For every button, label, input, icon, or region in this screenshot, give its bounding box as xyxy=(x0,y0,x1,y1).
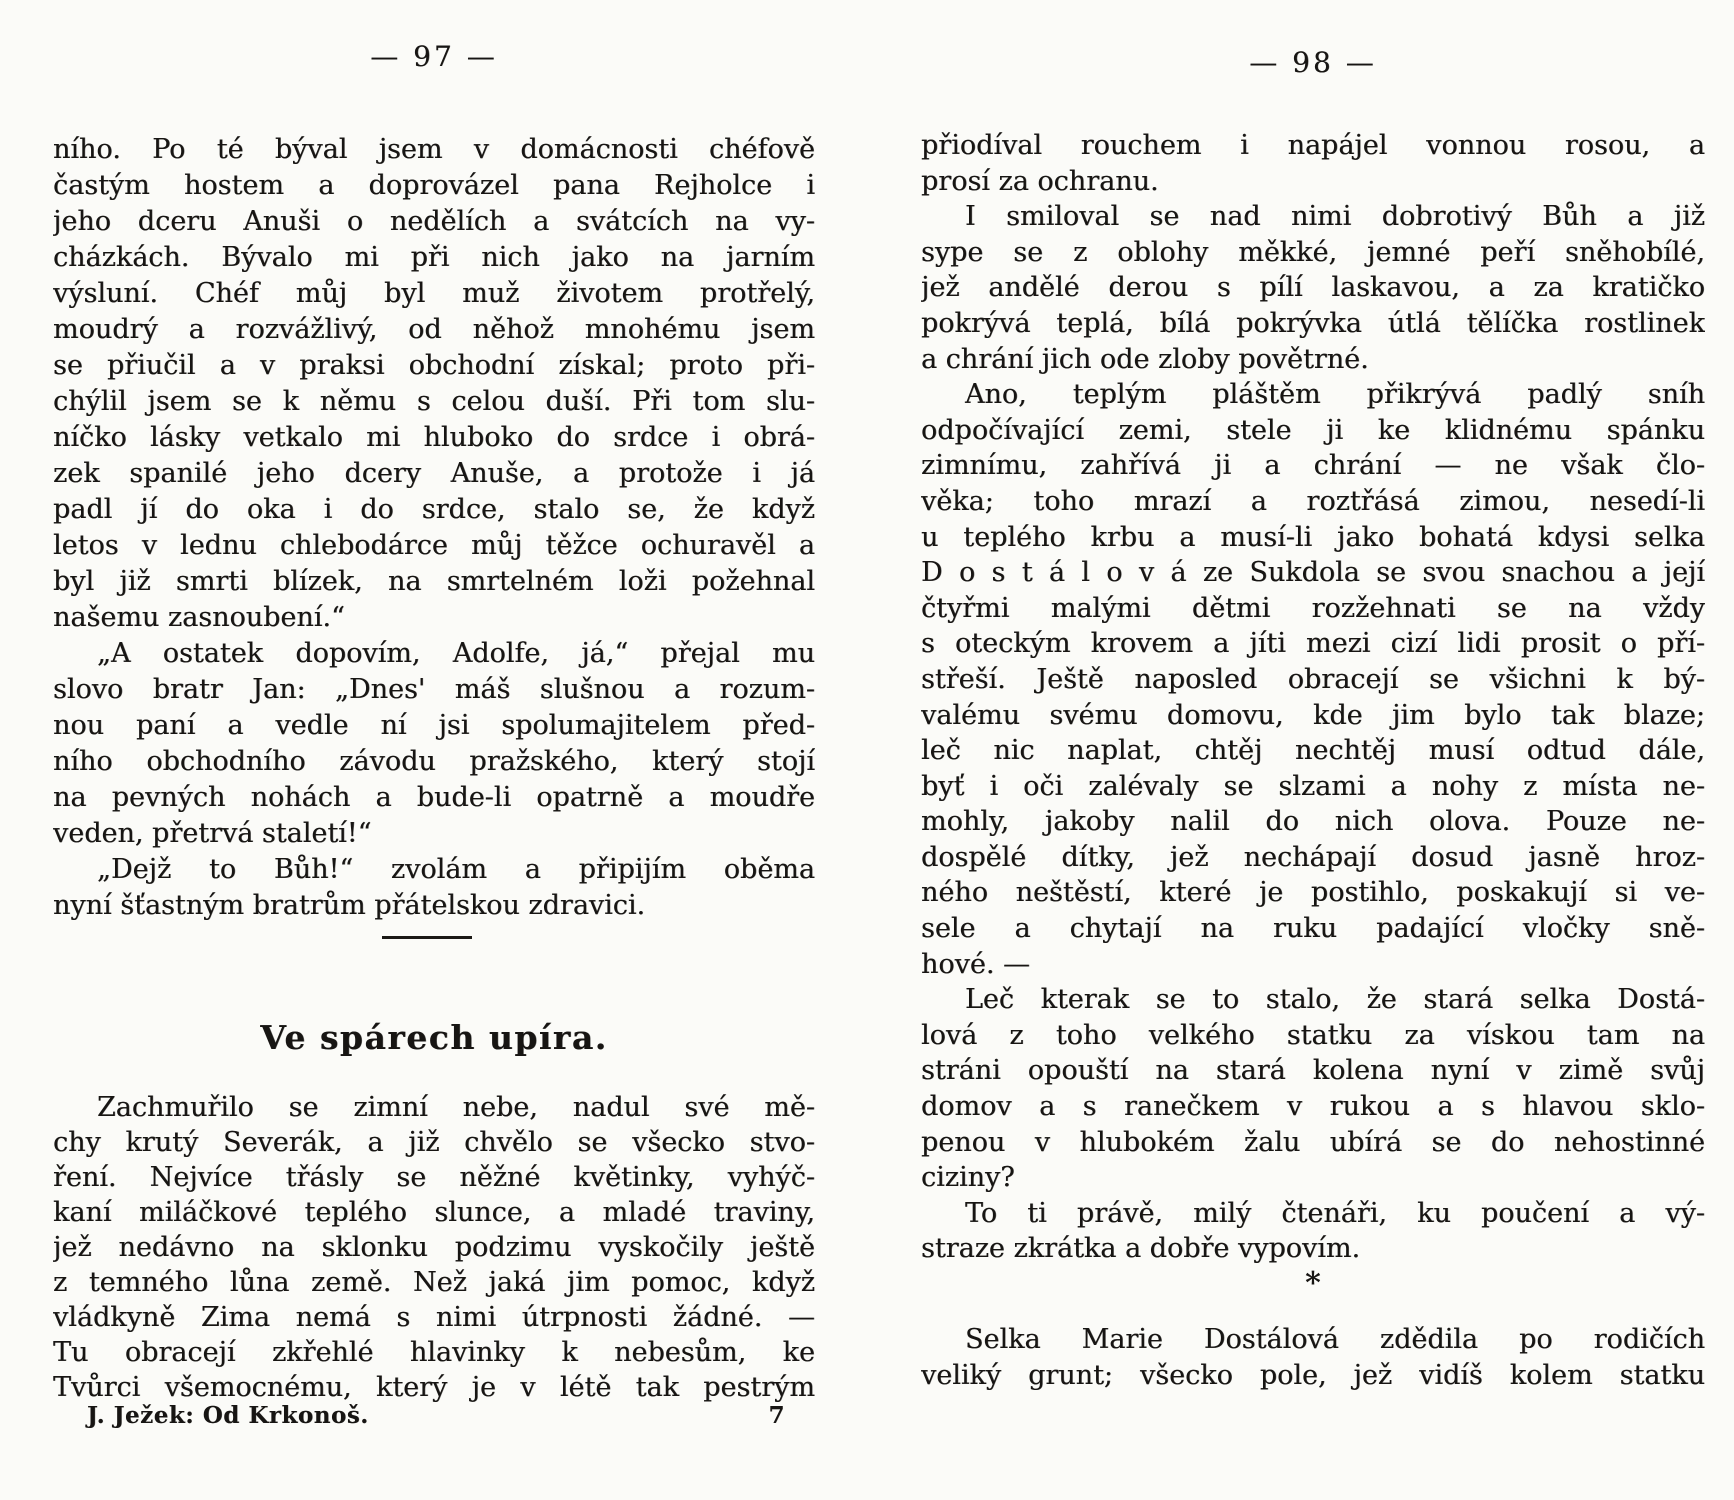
text-line: střeší. Ještě naposled obracejí se všich… xyxy=(921,662,1705,698)
text-line: domov a s ranečkem v rukou a s hlavou sk… xyxy=(921,1089,1705,1125)
text-line: slovo bratr Jan: „Dnes' máš slušnou a ro… xyxy=(53,672,815,708)
text-line: byl již smrti blízek, na smrtelném loži … xyxy=(53,564,815,600)
text-line: valému svému domovu, kde jim bylo tak bl… xyxy=(921,698,1705,734)
asterisk-separator: * xyxy=(921,1266,1705,1301)
text-line: našemu zasnoubení.“ xyxy=(53,600,815,636)
text-line: Tvůrci všemocnému, který je v létě tak p… xyxy=(53,1370,815,1405)
text-line: leč nic naplat, chtěj nechtěj musí odtud… xyxy=(921,733,1705,769)
paragraph: Zachmuřilo se zimní nebe, nadul své mě-c… xyxy=(53,1090,815,1405)
text-line: Selka Marie Dostálová zdědila po rodičíc… xyxy=(921,1322,1705,1358)
right-page: — 98 — přiodíval rouchem i napájel vonno… xyxy=(921,0,1705,1500)
text-line: „Dejž to Bůh!“ zvolám a připijím oběma xyxy=(53,852,815,888)
text-line: Ano, teplým pláštěm přikrývá padlý sníh xyxy=(921,377,1705,413)
section-divider-rule xyxy=(382,936,472,939)
text-line: ního obchodního závodu pražského, který … xyxy=(53,744,815,780)
text-line: prosí za ochranu. xyxy=(921,164,1705,200)
left-page-footer: J. Ježek: Od Krkonoš. 7 xyxy=(53,1402,815,1429)
left-text-block-2: Zachmuřilo se zimní nebe, nadul své mě-c… xyxy=(53,1090,815,1405)
text-line: mohly, jakoby nalil do nich olova. Pouze… xyxy=(921,804,1705,840)
paragraph: I smiloval se nad nimi dobrotivý Bůh a j… xyxy=(921,199,1705,377)
text-line: Zachmuřilo se zimní nebe, nadul své mě- xyxy=(53,1090,815,1125)
text-line: padl jí do oka i do srdce, stalo se, že … xyxy=(53,492,815,528)
paragraph: „A ostatek dopovím, Adolfe, já,“ přejal … xyxy=(53,636,815,852)
text-line: níčko lásky vetkalo mi hluboko do srdce … xyxy=(53,420,815,456)
left-text-block-1: ního. Po té býval jsem v domácnosti chéf… xyxy=(53,132,815,924)
text-line: To ti právě, milý čtenáři, ku poučení a … xyxy=(921,1196,1705,1232)
section-heading: Ve spárech upíra. xyxy=(53,1018,815,1057)
left-page: — 97 — ního. Po té býval jsem v domácnos… xyxy=(53,0,815,1500)
paragraph: přiodíval rouchem i napájel vonnou rosou… xyxy=(921,128,1705,199)
paragraph: To ti právě, milý čtenáři, ku poučení a … xyxy=(921,1196,1705,1267)
text-line: jež andělé derou s pílí laskavou, a za k… xyxy=(921,270,1705,306)
paragraph: Ano, teplým pláštěm přikrývá padlý sního… xyxy=(921,377,1705,982)
text-line: moudrý a rozvážlivý, od něhož mnohému js… xyxy=(53,312,815,348)
text-line: jež nedávno na sklonku podzimu vyskočily… xyxy=(53,1230,815,1265)
text-line: hové. — xyxy=(921,947,1705,983)
text-line: ření. Nejvíce třásly se něžné květinky, … xyxy=(53,1160,815,1195)
text-line: stráni opouští na stará kolena nyní v zi… xyxy=(921,1053,1705,1089)
text-line: sype se z oblohy měkké, jemné peří sněho… xyxy=(921,235,1705,271)
text-line: pokrývá teplá, bílá pokrývka útlá tělíčk… xyxy=(921,306,1705,342)
paragraph: „Dejž to Bůh!“ zvolám a připijím oběmany… xyxy=(53,852,815,924)
text-line: vládkyně Zima nemá s nimi útrpnosti žádn… xyxy=(53,1300,815,1335)
right-page-number: — 98 — xyxy=(921,46,1705,79)
text-line: veliký grunt; všecko pole, jež vidíš kol… xyxy=(921,1358,1705,1394)
text-line: u teplého krbu a musí-li jako bohatá kdy… xyxy=(921,520,1705,556)
text-line: ciziny? xyxy=(921,1160,1705,1196)
text-line: ního. Po té býval jsem v domácnosti chéf… xyxy=(53,132,815,168)
footer-book-title: J. Ježek: Od Krkonoš. xyxy=(87,1402,369,1429)
text-line: I smiloval se nad nimi dobrotivý Bůh a j… xyxy=(921,199,1705,235)
paragraph: Selka Marie Dostálová zdědila po rodičíc… xyxy=(921,1322,1705,1393)
footer-signature-number: 7 xyxy=(768,1402,785,1429)
text-line: zek spanilé jeho dcery Anuše, a protože … xyxy=(53,456,815,492)
text-line: z temného lůna země. Než jaká jim pomoc,… xyxy=(53,1265,815,1300)
text-line: přiodíval rouchem i napájel vonnou rosou… xyxy=(921,128,1705,164)
right-text-block-2: Selka Marie Dostálová zdědila po rodičíc… xyxy=(921,1322,1705,1393)
text-line: cházkách. Bývalo mi při nich jako na jar… xyxy=(53,240,815,276)
left-page-number: — 97 — xyxy=(53,40,815,73)
text-line: se přiučil a v praksi obchodní získal; p… xyxy=(53,348,815,384)
text-line: straze zkrátka a dobře vypovím. xyxy=(921,1231,1705,1267)
right-text-block-1: přiodíval rouchem i napájel vonnou rosou… xyxy=(921,128,1705,1267)
text-line: D o s t á l o v á ze Sukdola se svou sna… xyxy=(921,555,1705,591)
text-line: častým hostem a doprovázel pana Rejholce… xyxy=(53,168,815,204)
text-line: výsluní. Chéf můj byl muž životem protře… xyxy=(53,276,815,312)
text-line: nou paní a vedle ní jsi spolumajitelem p… xyxy=(53,708,815,744)
text-line: na pevných nohách a bude-li opatrně a mo… xyxy=(53,780,815,816)
text-line: chy krutý Severák, a již chvělo se všeck… xyxy=(53,1125,815,1160)
paragraph: ního. Po té býval jsem v domácnosti chéf… xyxy=(53,132,815,636)
text-line: jeho dceru Anuši o nedělích a svátcích n… xyxy=(53,204,815,240)
text-line: sele a chytají na ruku padající vločky s… xyxy=(921,911,1705,947)
text-line: penou v hlubokém žalu ubírá se do nehost… xyxy=(921,1125,1705,1161)
text-line: dospělé dítky, jež nechápají dosud jasně… xyxy=(921,840,1705,876)
text-line: veden, přetrvá staletí!“ xyxy=(53,816,815,852)
text-line: zimnímu, zahřívá ji a chrání — ne však č… xyxy=(921,448,1705,484)
text-line: Tu obracejí zkřehlé hlavinky k nebesům, … xyxy=(53,1335,815,1370)
text-line: Leč kterak se to stalo, že stará selka D… xyxy=(921,982,1705,1018)
text-line: lová z toho velkého statku za vískou tam… xyxy=(921,1018,1705,1054)
text-line: „A ostatek dopovím, Adolfe, já,“ přejal … xyxy=(53,636,815,672)
text-line: letos v lednu chlebodárce můj těžce ochu… xyxy=(53,528,815,564)
text-line: kaní miláčkové teplého slunce, a mladé t… xyxy=(53,1195,815,1230)
text-line: čtyřmi malými dětmi rozžehnati se na vžd… xyxy=(921,591,1705,627)
text-line: chýlil jsem se k němu s celou duší. Při … xyxy=(53,384,815,420)
text-line: s oteckým krovem a jíti mezi cizí lidi p… xyxy=(921,626,1705,662)
text-line: odpočívající zemi, stele ji ke klidnému … xyxy=(921,413,1705,449)
text-line: a chrání jich ode zloby povětrné. xyxy=(921,342,1705,378)
text-line: věka; toho mrazí a roztřásá zimou, nesed… xyxy=(921,484,1705,520)
text-line: byť i oči zalévaly se slzami a nohy z mí… xyxy=(921,769,1705,805)
paragraph: Leč kterak se to stalo, že stará selka D… xyxy=(921,982,1705,1196)
text-line: nyní šťastným bratrům přátelskou zdravic… xyxy=(53,888,815,924)
text-line: ného neštěstí, které je postihlo, poskak… xyxy=(921,875,1705,911)
